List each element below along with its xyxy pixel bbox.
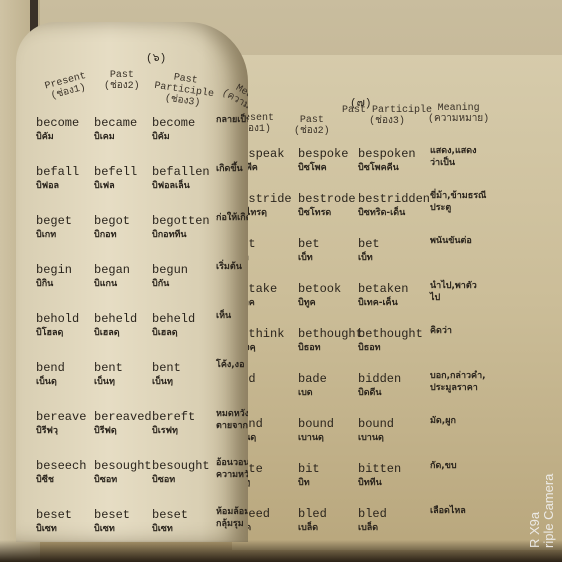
- verb-past-cell: beganบิแกน: [94, 263, 130, 291]
- verb-pp-cell: besetบิเซท: [152, 508, 188, 536]
- verb-english: besought: [94, 459, 152, 473]
- verb-thai-pronunciation: บิท: [298, 476, 320, 490]
- verb-meaning-cell: เลือดไหล: [430, 505, 466, 517]
- verb-english: begun: [152, 263, 188, 277]
- verb-present-cell: beholdบิโฮลดฺ: [36, 312, 79, 340]
- verb-english: bet: [298, 237, 320, 251]
- verb-english: besought: [152, 459, 210, 473]
- verb-english: beseech: [36, 459, 86, 473]
- verb-pp-cell: bestriddenบิซทริด-เด็น: [358, 192, 430, 220]
- verb-thai-pronunciation: บิฟอล: [36, 179, 79, 193]
- verb-english: bled: [358, 507, 387, 521]
- verb-thai-pronunciation: บิกอททีน: [152, 228, 210, 242]
- verb-meaning-cell: อ้อนวอน ความหวัง: [216, 457, 248, 481]
- verb-meaning-cell: บอก,กล่าวคำ, ประมูลราคา: [430, 370, 486, 394]
- verb-present-cell: becomeบิคัม: [36, 116, 79, 144]
- verb-past-cell: bledเบล็ด: [298, 507, 327, 535]
- verb-thai-pronunciation: บิเกท: [36, 228, 72, 242]
- left-page-number: (๖): [146, 48, 166, 66]
- verb-english: beget: [36, 214, 72, 228]
- verb-english: become: [152, 116, 195, 130]
- verb-pp-cell: befallenบิฟอลเล็น: [152, 165, 210, 193]
- verb-english: befallen: [152, 165, 210, 179]
- verb-thai-pronunciation: บิคัม: [36, 130, 79, 144]
- verb-thai-pronunciation: บิเฮลดฺ: [94, 326, 137, 340]
- verb-thai-pronunciation: เบ็นทฺ: [152, 375, 181, 389]
- verb-thai-pronunciation: บิธอท: [358, 341, 423, 355]
- verb-past-cell: besoughtบิซอท: [94, 459, 152, 487]
- right-header-past: Past (ช่อง2): [294, 115, 330, 137]
- verb-meaning-cell: กลายเป็น: [216, 114, 248, 126]
- verb-past-cell: bestrodeบิซโทรด: [298, 192, 356, 220]
- verb-meaning-cell: เกิดขึ้น: [216, 163, 243, 175]
- verb-english: begot: [94, 214, 130, 228]
- verb-thai-pronunciation: บิธอท: [298, 341, 363, 355]
- verb-english: betaken: [358, 282, 408, 296]
- verb-english: behold: [36, 312, 79, 326]
- watermark-line-1: R X9a: [528, 474, 542, 548]
- verb-thai-pronunciation: บิทูค: [298, 296, 341, 310]
- verb-meaning-cell: นำไป,พาตัว ไป: [430, 280, 477, 304]
- verb-meaning-cell: หมดหวัง ตายจาก: [216, 408, 248, 432]
- verb-english: bet: [358, 237, 380, 251]
- verb-thai-pronunciation: บิเซท: [94, 522, 130, 536]
- verb-past-cell: begotบิกอท: [94, 214, 130, 242]
- verb-present-cell: besetบิเซท: [36, 508, 72, 536]
- verb-thai-pronunciation: บิททีน: [358, 476, 401, 490]
- verb-past-cell: badeเบด: [298, 372, 327, 400]
- verb-past-cell: boundเบานดฺ: [298, 417, 334, 445]
- verb-english: bethought: [358, 327, 423, 341]
- left-header-present: Present (ช่อง1): [44, 71, 90, 103]
- verb-english: became: [94, 116, 137, 130]
- verb-thai-pronunciation: บิซโพค: [298, 161, 348, 175]
- verb-english: beset: [94, 508, 130, 522]
- verb-past-cell: bereavedบิรีฟดฺ: [94, 410, 152, 438]
- verb-past-cell: befellบิเฟล: [94, 165, 137, 193]
- verb-thai-pronunciation: บิซีช: [36, 473, 86, 487]
- verb-english: begotten: [152, 214, 210, 228]
- verb-pp-cell: bledเบล็ด: [358, 507, 387, 535]
- verb-english: began: [94, 263, 130, 277]
- verb-thai-pronunciation: บิเซท: [36, 522, 72, 536]
- verb-thai-pronunciation: บิแกน: [94, 277, 130, 291]
- verb-thai-pronunciation: บิรีฟดฺ: [94, 424, 152, 438]
- left-header-past-participle: Past Participle (ช่อง3): [152, 70, 216, 111]
- bottom-shadow: [0, 540, 562, 562]
- verb-english: bound: [358, 417, 394, 431]
- verb-present-cell: beginบิกิน: [36, 263, 72, 291]
- verb-present-cell: befallบิฟอล: [36, 165, 79, 193]
- verb-thai-pronunciation: บิซอท: [152, 473, 210, 487]
- verb-thai-pronunciation: บิเฟล: [94, 179, 137, 193]
- verb-english: befall: [36, 165, 79, 179]
- verb-english: bade: [298, 372, 327, 386]
- verb-thai-pronunciation: บิเคม: [94, 130, 137, 144]
- verb-thai-pronunciation: บิคัม: [152, 130, 195, 144]
- watermark-line-2: riple Camera: [542, 474, 556, 548]
- verb-english: bereave: [36, 410, 86, 424]
- verb-meaning-cell: คิดว่า: [430, 325, 452, 337]
- verb-past-cell: bitบิท: [298, 462, 320, 490]
- verb-english: bitten: [358, 462, 401, 476]
- verb-past-cell: besetบิเซท: [94, 508, 130, 536]
- verb-english: bend: [36, 361, 65, 375]
- verb-meaning-cell: ห้อมล้อม กลุ้มรุม: [216, 506, 248, 530]
- verb-english: bent: [152, 361, 181, 375]
- verb-meaning-cell: โค้ง,งอ: [216, 359, 244, 371]
- verb-meaning-cell: มัด,ผูก: [430, 415, 456, 427]
- right-header-meaning: Meaning (ความหมาย): [428, 103, 489, 125]
- verb-meaning-cell: ขี่ม้า,ข้ามธรณี ประตู: [430, 190, 486, 214]
- verb-english: betook: [298, 282, 341, 296]
- verb-meaning-cell: แสดง,แสดง ว่าเป็น: [430, 145, 477, 169]
- verb-thai-pronunciation: บิกัน: [152, 277, 188, 291]
- verb-english: bestrode: [298, 192, 356, 206]
- verb-thai-pronunciation: เบล็ด: [298, 521, 327, 535]
- left-page: (๖) Present (ช่อง1) Past (ช่อง2) Past Pa…: [16, 22, 248, 542]
- verb-thai-pronunciation: บิซทริด-เด็น: [358, 206, 430, 220]
- verb-pp-cell: betเบ็ท: [358, 237, 380, 265]
- verb-present-cell: begetบิเกท: [36, 214, 72, 242]
- verb-english: befell: [94, 165, 137, 179]
- verb-thai-pronunciation: เบ็นทฺ: [94, 375, 123, 389]
- verb-present-cell: bereaveบิรีฟวฺ: [36, 410, 86, 438]
- verb-english: bent: [94, 361, 123, 375]
- verb-meaning-cell: เริ่มต้น: [216, 261, 242, 273]
- verb-english: bereaved: [94, 410, 152, 424]
- verb-pp-cell: betakenบิเทค-เค็น: [358, 282, 408, 310]
- verb-meaning-cell: พนันขันต่อ: [430, 235, 472, 247]
- camera-watermark: R X9a riple Camera: [528, 474, 556, 548]
- verb-english: beset: [152, 508, 188, 522]
- verb-pp-cell: becomeบิคัม: [152, 116, 195, 144]
- verb-thai-pronunciation: เบล็ด: [358, 521, 387, 535]
- verb-thai-pronunciation: บิกอท: [94, 228, 130, 242]
- verb-past-cell: betเบ็ท: [298, 237, 320, 265]
- verb-thai-pronunciation: บิเรฟทฺ: [152, 424, 195, 438]
- verb-english: bit: [298, 462, 320, 476]
- verb-thai-pronunciation: บิซโพคคีน: [358, 161, 416, 175]
- verb-pp-cell: besoughtบิซอท: [152, 459, 210, 487]
- verb-pp-cell: bethoughtบิธอท: [358, 327, 423, 355]
- verb-thai-pronunciation: บิซอท: [94, 473, 152, 487]
- verb-pp-cell: beheldบิเฮลดฺ: [152, 312, 195, 340]
- verb-past-cell: betookบิทูค: [298, 282, 341, 310]
- verb-past-cell: bethoughtบิธอท: [298, 327, 363, 355]
- verb-thai-pronunciation: บิรีฟวฺ: [36, 424, 86, 438]
- left-header-past: Past (ช่อง2): [104, 70, 140, 92]
- verb-pp-cell: biddenบิดดีน: [358, 372, 401, 400]
- verb-thai-pronunciation: เบานดฺ: [358, 431, 394, 445]
- verb-english: bethought: [298, 327, 363, 341]
- verb-thai-pronunciation: บิฟอลเล็น: [152, 179, 210, 193]
- verb-meaning-cell: ก่อให้เกิด: [216, 212, 248, 224]
- verb-english: bespoke: [298, 147, 348, 161]
- verb-english: become: [36, 116, 79, 130]
- verb-english: bestridden: [358, 192, 430, 206]
- verb-english: beset: [36, 508, 72, 522]
- verb-past-cell: bentเบ็นทฺ: [94, 361, 123, 389]
- right-header-past-participle: Past Participle (ช่อง3): [342, 105, 432, 127]
- verb-past-cell: bespokeบิซโพค: [298, 147, 348, 175]
- verb-thai-pronunciation: บิดดีน: [358, 386, 401, 400]
- verb-thai-pronunciation: บิเทค-เค็น: [358, 296, 408, 310]
- verb-thai-pronunciation: เบ็ท: [298, 251, 320, 265]
- verb-thai-pronunciation: เบด: [298, 386, 327, 400]
- verb-english: bespoken: [358, 147, 416, 161]
- verb-thai-pronunciation: บิกิน: [36, 277, 72, 291]
- verb-thai-pronunciation: บิเฮลดฺ: [152, 326, 195, 340]
- verb-present-cell: bendเบ็นดฺ: [36, 361, 65, 389]
- verb-english: bidden: [358, 372, 401, 386]
- verb-english: begin: [36, 263, 72, 277]
- verb-english: bled: [298, 507, 327, 521]
- verb-meaning-cell: กัด,ขบ: [430, 460, 457, 472]
- verb-pp-cell: bereftบิเรฟทฺ: [152, 410, 195, 438]
- verb-english: beheld: [152, 312, 195, 326]
- verb-pp-cell: begunบิกัน: [152, 263, 188, 291]
- verb-thai-pronunciation: บิซโทรด: [298, 206, 356, 220]
- verb-pp-cell: bentเบ็นทฺ: [152, 361, 181, 389]
- verb-thai-pronunciation: เบ็นดฺ: [36, 375, 65, 389]
- verb-past-cell: beheldบิเฮลดฺ: [94, 312, 137, 340]
- verb-meaning-cell: เห็น: [216, 310, 231, 322]
- verb-thai-pronunciation: บิโฮลดฺ: [36, 326, 79, 340]
- verb-pp-cell: boundเบานดฺ: [358, 417, 394, 445]
- verb-thai-pronunciation: เบ็ท: [358, 251, 380, 265]
- right-page: (๗) Present (ช่อง1) Past (ช่อง2) Past Pa…: [232, 55, 562, 550]
- verb-pp-cell: begottenบิกอททีน: [152, 214, 210, 242]
- verb-thai-pronunciation: เบานดฺ: [298, 431, 334, 445]
- verb-present-cell: beseechบิซีช: [36, 459, 86, 487]
- verb-english: bereft: [152, 410, 195, 424]
- verb-pp-cell: bespokenบิซโพคคีน: [358, 147, 416, 175]
- verb-pp-cell: bittenบิททีน: [358, 462, 401, 490]
- verb-english: beheld: [94, 312, 137, 326]
- verb-past-cell: becameบิเคม: [94, 116, 137, 144]
- verb-english: bound: [298, 417, 334, 431]
- verb-thai-pronunciation: บิเซท: [152, 522, 188, 536]
